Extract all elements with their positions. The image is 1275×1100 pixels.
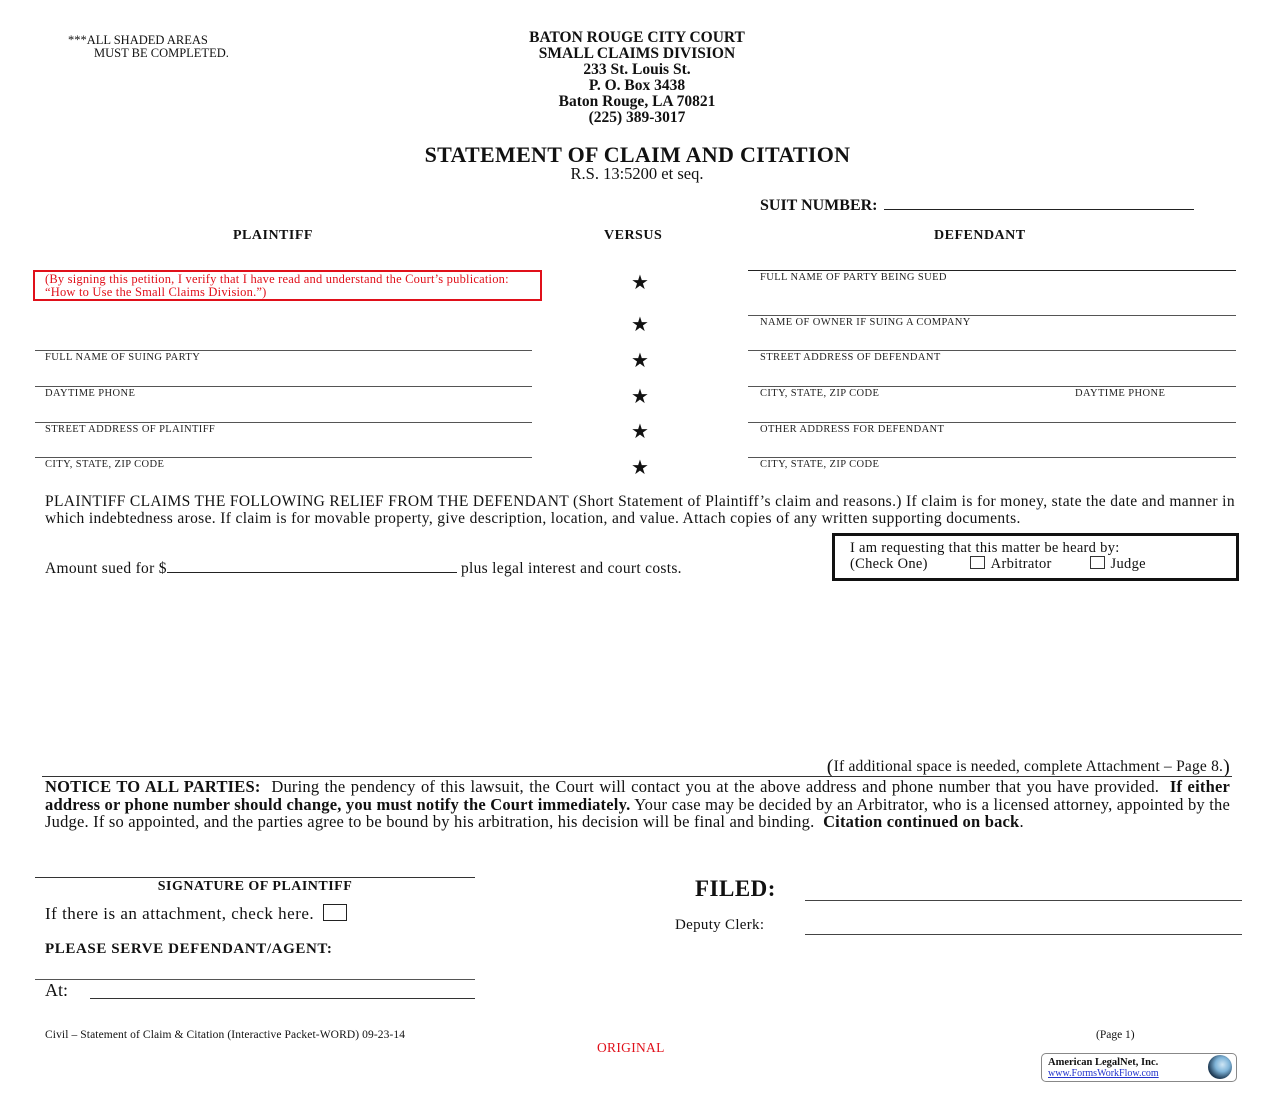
court-name: BATON ROUGE CITY COURT — [437, 30, 837, 46]
copy-label: ORIGINAL — [597, 1040, 665, 1056]
field-label: STREET ADDRESS OF PLAINTIFF — [35, 423, 532, 435]
field-label: CITY, STATE, ZIP CODE — [748, 458, 1236, 470]
field-label: CITY, STATE, ZIP CODE — [760, 388, 879, 399]
star-icon: ★ — [629, 351, 651, 371]
court-header: BATON ROUGE CITY COURT SMALL CLAIMS DIVI… — [437, 30, 837, 126]
star-icon: ★ — [629, 422, 651, 442]
attachment-prompt: If there is an attachment, check here. — [45, 904, 314, 923]
serve-defendant-field[interactable] — [35, 979, 475, 980]
star-icon: ★ — [629, 315, 651, 335]
claim-statement-area[interactable] — [45, 590, 1230, 750]
defendant-city-state-zip-field[interactable]: CITY, STATE, ZIP CODE DAYTIME PHONE — [748, 386, 1236, 399]
at-label: At: — [45, 980, 68, 1001]
serve-label: PLEASE SERVE DEFENDANT/AGENT: — [45, 941, 332, 958]
filed-label: FILED: — [695, 876, 776, 902]
defendant-heading: DEFENDANT — [934, 228, 1026, 244]
suit-number-field[interactable] — [884, 195, 1194, 210]
suit-number: SUIT NUMBER: — [760, 195, 1194, 215]
notice-end: . — [1019, 812, 1023, 831]
attachment-row: If there is an attachment, check here. — [45, 904, 347, 924]
notice-heading: NOTICE TO ALL PARTIES: — [45, 777, 261, 796]
defendant-street-address-field[interactable]: STREET ADDRESS OF DEFENDANT — [748, 350, 1236, 363]
globe-logo-icon — [1208, 1055, 1232, 1079]
plaintiff-full-name-field[interactable]: FULL NAME OF SUING PARTY — [35, 350, 532, 363]
field-label-row: CITY, STATE, ZIP CODE DAYTIME PHONE — [748, 387, 1236, 399]
court-street: 233 St. Louis St. — [437, 62, 837, 78]
at-field[interactable] — [90, 998, 475, 999]
field-label: NAME OF OWNER IF SUING A COMPANY — [748, 316, 1236, 328]
arbitrator-checkbox[interactable] — [970, 556, 985, 569]
hearing-request-box: I am requesting that this matter be hear… — [832, 533, 1239, 581]
deputy-clerk-field[interactable] — [805, 934, 1242, 935]
versus-heading: VERSUS — [604, 228, 662, 244]
verification-notice: (By signing this petition, I verify that… — [33, 270, 542, 301]
attachment-checkbox[interactable] — [323, 904, 347, 921]
field-label: STREET ADDRESS OF DEFENDANT — [748, 351, 1236, 363]
notice-bold-2: Citation continued on back — [823, 812, 1019, 831]
arbitrator-label: Arbitrator — [991, 556, 1052, 572]
page-number: (Page 1) — [1096, 1029, 1135, 1041]
defendant-other-address-field[interactable]: OTHER ADDRESS FOR DEFENDANT — [748, 422, 1236, 435]
form-statute: R.S. 13:5200 et seq. — [437, 164, 837, 184]
deputy-clerk-label: Deputy Clerk: — [675, 917, 764, 934]
star-icon: ★ — [629, 458, 651, 478]
vendor-link[interactable]: www.FormsWorkFlow.com — [1048, 1068, 1159, 1079]
claims-instructions: PLAINTIFF CLAIMS THE FOLLOWING RELIEF FR… — [45, 494, 1235, 527]
defendant-other-city-state-zip-field[interactable]: CITY, STATE, ZIP CODE — [748, 457, 1236, 470]
star-icon: ★ — [629, 273, 651, 293]
signature-label: SIGNATURE OF PLAINTIFF — [35, 879, 475, 895]
field-label: OTHER ADDRESS FOR DEFENDANT — [748, 423, 1236, 435]
judge-label: Judge — [1111, 556, 1146, 572]
amount-suffix: plus legal interest and court costs. — [461, 560, 682, 577]
shaded-note-line-2: MUST BE COMPLETED. — [68, 47, 229, 60]
form-identifier: Civil – Statement of Claim & Citation (I… — [45, 1029, 405, 1041]
star-icon: ★ — [629, 387, 651, 407]
shaded-areas-note: ***ALL SHADED AREAS MUST BE COMPLETED. — [68, 34, 229, 60]
plaintiff-street-address-field[interactable]: STREET ADDRESS OF PLAINTIFF — [35, 422, 532, 435]
vendor-name: American LegalNet, Inc. — [1048, 1057, 1158, 1068]
field-label: DAYTIME PHONE — [35, 387, 532, 399]
defendant-full-name-field[interactable]: FULL NAME OF PARTY BEING SUED — [748, 270, 1236, 283]
check-one-label: (Check One) — [850, 556, 928, 572]
hearing-options: (Check One) Arbitrator Judge — [850, 556, 1236, 572]
field-label: FULL NAME OF SUING PARTY — [35, 351, 532, 363]
field-label: CITY, STATE, ZIP CODE — [35, 458, 532, 470]
court-division: SMALL CLAIMS DIVISION — [437, 46, 837, 62]
plaintiff-city-state-zip-field[interactable]: CITY, STATE, ZIP CODE — [35, 457, 532, 470]
defendant-daytime-phone-label: DAYTIME PHONE — [1075, 388, 1165, 399]
amount-sued: Amount sued for $ plus legal interest an… — [45, 558, 682, 578]
judge-checkbox[interactable] — [1090, 556, 1105, 569]
defendant-owner-name-field[interactable]: NAME OF OWNER IF SUING A COMPANY — [748, 315, 1236, 328]
plaintiff-signature-field[interactable] — [35, 877, 475, 878]
field-label: FULL NAME OF PARTY BEING SUED — [748, 271, 1236, 283]
plaintiff-heading: PLAINTIFF — [233, 228, 313, 244]
suit-number-label: SUIT NUMBER: — [760, 197, 878, 214]
plaintiff-daytime-phone-field[interactable]: DAYTIME PHONE — [35, 386, 532, 399]
court-po-box: P. O. Box 3438 — [437, 78, 837, 94]
notice-text-1: During the pendency of this lawsuit, the… — [271, 777, 1159, 796]
court-phone: (225) 389-3017 — [437, 110, 837, 126]
notice-to-parties: NOTICE TO ALL PARTIES: During the penden… — [45, 778, 1230, 831]
amount-prefix: Amount sued for $ — [45, 560, 167, 577]
vendor-badge: American LegalNet, Inc. www.FormsWorkFlo… — [1041, 1053, 1237, 1082]
hearing-prompt: I am requesting that this matter be hear… — [850, 540, 1236, 556]
additional-space-text: If additional space is needed, complete … — [834, 758, 1223, 775]
court-city: Baton Rouge, LA 70821 — [437, 94, 837, 110]
amount-field[interactable] — [167, 558, 457, 573]
filed-field[interactable] — [805, 900, 1242, 901]
